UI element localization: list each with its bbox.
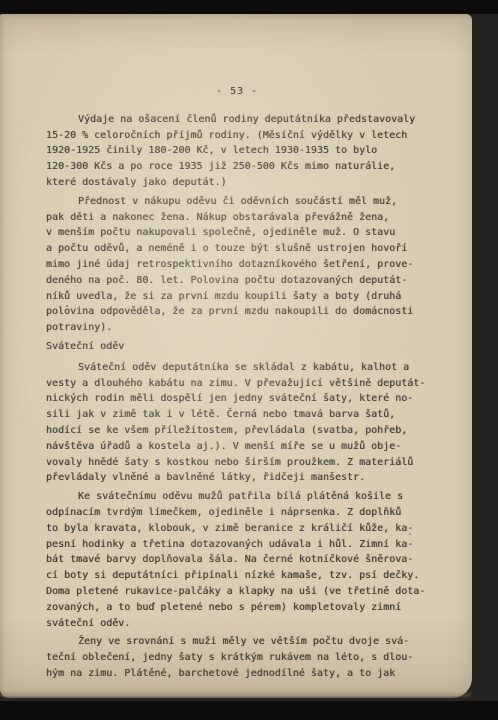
- text-line: níků uvedla, že si za první mzdu koupili…: [46, 289, 428, 305]
- text-line: 1920-1925 činily 180-200 Kč, v letech 19…: [46, 143, 428, 159]
- text-line: 120-300 Kčs a po roce 1935 již 250-500 K…: [46, 159, 428, 175]
- text-line: Přednost v nákupu oděvu či oděvních souč…: [46, 194, 428, 210]
- page-content: - 53 - Výdaje na ošacení členů rodiny de…: [46, 14, 428, 685]
- text-line: převládaly vlněné a bavlněné látky, řidč…: [46, 470, 428, 486]
- scan-border-top: [0, 0, 498, 14]
- text-line: mimo jiné údaj retrospektivního dotazník…: [46, 257, 428, 273]
- text-body: Výdaje na ošacení členů rodiny deputátní…: [46, 112, 428, 682]
- text-line: bát tmavé barvy doplňovala šála. Na čern…: [46, 552, 428, 568]
- text-line: teční oblečení, jedny šaty s krátkým ruk…: [46, 650, 428, 666]
- text-line: a počtu oděvů, a neméně i o touze být sl…: [46, 241, 428, 257]
- document-page: - 53 - Výdaje na ošacení členů rodiny de…: [0, 14, 472, 698]
- text-line: sváteční oděv.: [46, 616, 428, 632]
- text-line: pesní hodinky a třetina dotazovaných udá…: [46, 537, 428, 553]
- scan-border-bottom: [0, 701, 498, 720]
- paragraph: Ženy ve srovnání s muži měly ve větším p…: [46, 634, 428, 681]
- page-bottom-edge: [0, 691, 472, 698]
- text-line: cí boty si deputátníci připínali nízké k…: [46, 568, 428, 584]
- paragraph: Přednost v nákupu oděvu či oděvních souč…: [46, 194, 428, 336]
- text-line: Ke svátečnímu oděvu mužů patřila bílá pl…: [46, 489, 428, 505]
- text-line: sili jak v zimě tak i v létě. Černá nebo…: [46, 407, 428, 423]
- paragraph: Výdaje na ošacení členů rodiny deputátní…: [46, 112, 428, 191]
- text-line: vesty a dlouhého kabátu na zimu. V převa…: [46, 376, 428, 392]
- section-heading: Sváteční oděv: [46, 339, 428, 355]
- paragraph: Sváteční oděv deputátníka se skládal z k…: [46, 360, 428, 486]
- text-line: Doma pletené rukavice-palčáky a klapky n…: [46, 584, 428, 600]
- text-line: hodící se ke všem příležitostem, převlád…: [46, 423, 428, 439]
- page-number: - 53 -: [46, 84, 428, 100]
- text-line: pak děti a nakonec žena. Nákup obstaráva…: [46, 210, 428, 226]
- text-line: návštěva úřadů a kostela aj.). V menší m…: [46, 439, 428, 455]
- text-line: Sváteční oděv deputátníka se skládal z k…: [46, 360, 428, 376]
- text-line: deného na poč. 80. let. Polovina počtu d…: [46, 273, 428, 289]
- text-line: vovaly hnědé šaty s kostkou nebo širším …: [46, 455, 428, 471]
- text-line: zovaných, a to buď pletené nebo s pérem)…: [46, 600, 428, 616]
- text-line: to byla kravata, klobouk, v zimě beranic…: [46, 521, 428, 537]
- page-fore-edge: [455, 14, 472, 698]
- text-line: které dostávaly jako deputát.): [46, 175, 428, 191]
- text-line: odpínacím tvrdým límečkem, ojediněle i n…: [46, 505, 428, 521]
- text-line: Výdaje na ošacení členů rodiny deputátní…: [46, 112, 428, 128]
- paragraph: Ke svátečnímu oděvu mužů patřila bílá pl…: [46, 489, 428, 631]
- text-line: polovina odpověděla, že za první mzdu na…: [46, 304, 428, 320]
- text-line: 15-20 % celoročních příjmů rodiny. (Měsí…: [46, 128, 428, 144]
- text-line: nických rodin měli dospělí jen jedny svá…: [46, 391, 428, 407]
- text-line: hým na zimu. Plátěné, barchetové jednodí…: [46, 666, 428, 682]
- text-line: v menším počtu nakupovali společně, ojed…: [46, 225, 428, 241]
- text-line: Ženy ve srovnání s muži měly ve větším p…: [46, 634, 428, 650]
- text-line: potraviny).: [46, 320, 428, 336]
